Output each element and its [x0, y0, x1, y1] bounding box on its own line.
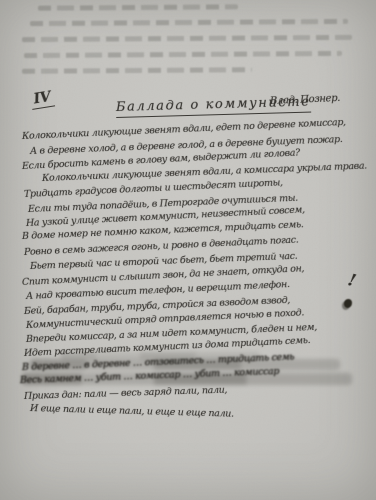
margin-exclamation-mark: !: [345, 270, 358, 291]
bleed-through-line: [30, 19, 348, 26]
author-signature: Влад. Познер.: [270, 93, 341, 107]
poem-line: Приказ дан: пали — весь заряд пали, пали…: [24, 385, 227, 402]
poem-line: И еще пали и еще пали, и еще и еще пали.: [30, 403, 234, 420]
manuscript-page: IV Баллада о коммунисте Влад. Познер. Ко…: [0, 0, 376, 500]
bleed-through-line: [22, 67, 252, 74]
section-number: IV: [30, 89, 55, 110]
bleed-through-line: [24, 51, 342, 58]
ink-blot: [344, 299, 352, 308]
bleed-through-line: [38, 4, 238, 10]
bleed-through-line: [22, 35, 352, 42]
